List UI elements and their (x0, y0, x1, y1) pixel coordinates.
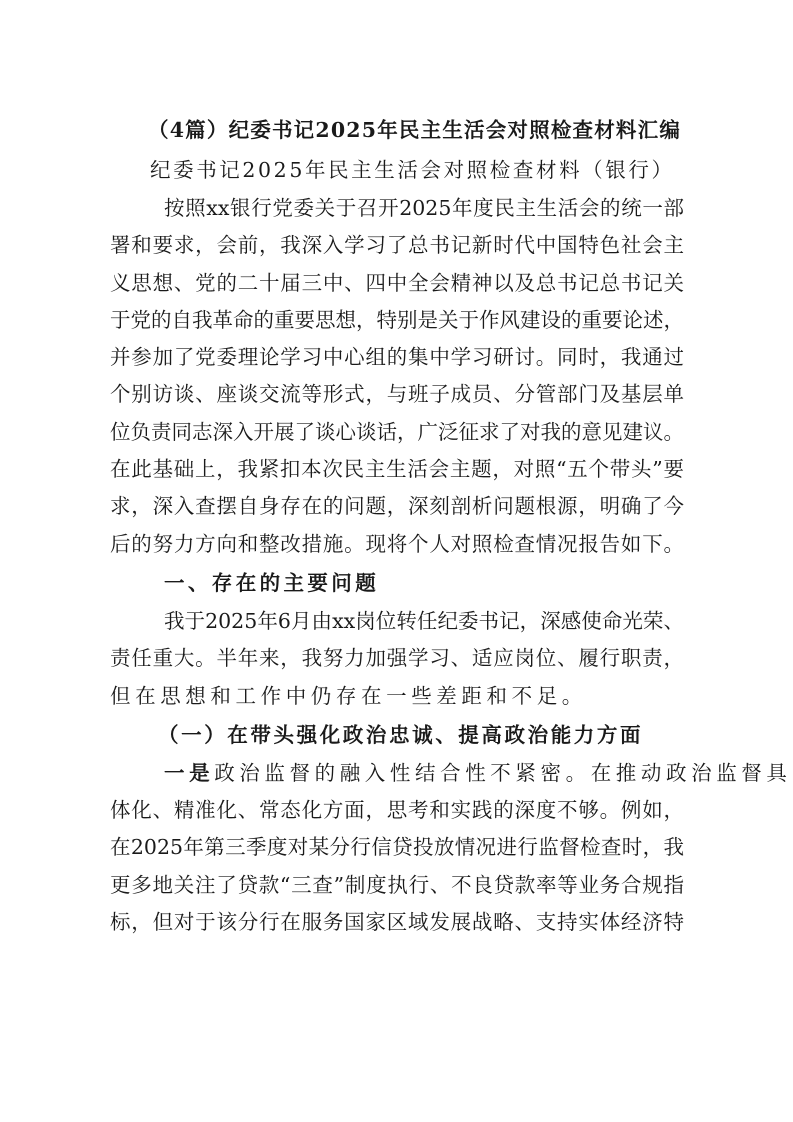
paragraph-line: 在此基础上，我紧扣本次民主生活会主题，对照“五个带头”要 (110, 451, 684, 488)
paragraph-line: 更多地关注了贷款“三查”制度执行、不良贷款率等业务合规指 (110, 867, 684, 904)
paragraph-line: 并参加了党委理论学习中心组的集中学习研讨。同时，我通过 (110, 339, 684, 376)
paragraph-line: 按照xx银行党委关于召开2025年度民主生活会的统一部 (110, 190, 684, 227)
paragraph-line: 标，但对于该分行在服务国家区域发展战略、支持实体经济特 (110, 904, 684, 941)
paragraph-line: 个别访谈、座谈交流等形式，与班子成员、分管部门及基层单 (110, 376, 684, 413)
paragraph-line: 一是政治监督的融入性结合性不紧密。在推动政治监督具 (110, 755, 684, 792)
document-subtitle: 纪委书记2025年民主生活会对照检查材料（银行） (110, 150, 684, 190)
point-text: 政治监督的融入性结合性不紧密。在推动政治监督具 (214, 761, 791, 785)
point-paragraph: 一是政治监督的融入性结合性不紧密。在推动政治监督具 体化、精准化、常态化方面，思… (110, 755, 684, 941)
intro-paragraph: 按照xx银行党委关于召开2025年度民主生活会的统一部 署和要求，会前，我深入学… (110, 190, 684, 563)
document-page: （4篇）纪委书记2025年民主生活会对照检查材料汇编 纪委书记2025年民主生活… (0, 0, 793, 1122)
document-title: （4篇）纪委书记2025年民主生活会对照检查材料汇编 (110, 110, 684, 150)
point-lead: 一是 (164, 761, 214, 785)
paragraph-line: 义思想、党的二十届三中、四中全会精神以及总书记总书记关 (110, 265, 684, 302)
paragraph-line: 后的努力方向和整改措施。现将个人对照检查情况报告如下。 (110, 526, 684, 563)
document-body: （4篇）纪委书记2025年民主生活会对照检查材料汇编 纪委书记2025年民主生活… (110, 110, 684, 941)
section-heading: 一、存在的主要问题 (110, 563, 684, 603)
paragraph-line: 署和要求，会前，我深入学习了总书记新时代中国特色社会主 (110, 227, 684, 264)
paragraph-line: 体化、精准化、常态化方面，思考和实践的深度不够。例如， (110, 792, 684, 829)
paragraph-line: 但在思想和工作中仍存在一些差距和不足。 (110, 678, 684, 715)
paragraph-line: 责任重大。半年来，我努力加强学习、适应岗位、履行职责， (110, 640, 684, 677)
paragraph-line: 求，深入查摆自身存在的问题，深刻剖析问题根源，明确了今 (110, 488, 684, 525)
paragraph-line: 我于2025年6月由xx岗位转任纪委书记，深感使命光荣、 (110, 603, 684, 640)
paragraph-line: 于党的自我革命的重要思想，特别是关于作风建设的重要论述， (110, 302, 684, 339)
paragraph-line: 位负责同志深入开展了谈心谈话，广泛征求了对我的意见建议。 (110, 414, 684, 451)
paragraph-line: 在2025年第三季度对某分行信贷投放情况进行监督检查时，我 (110, 829, 684, 866)
subsection-heading: （一）在带头强化政治忠诚、提高政治能力方面 (110, 715, 684, 755)
section-paragraph: 我于2025年6月由xx岗位转任纪委书记，深感使命光荣、 责任重大。半年来，我努… (110, 603, 684, 715)
